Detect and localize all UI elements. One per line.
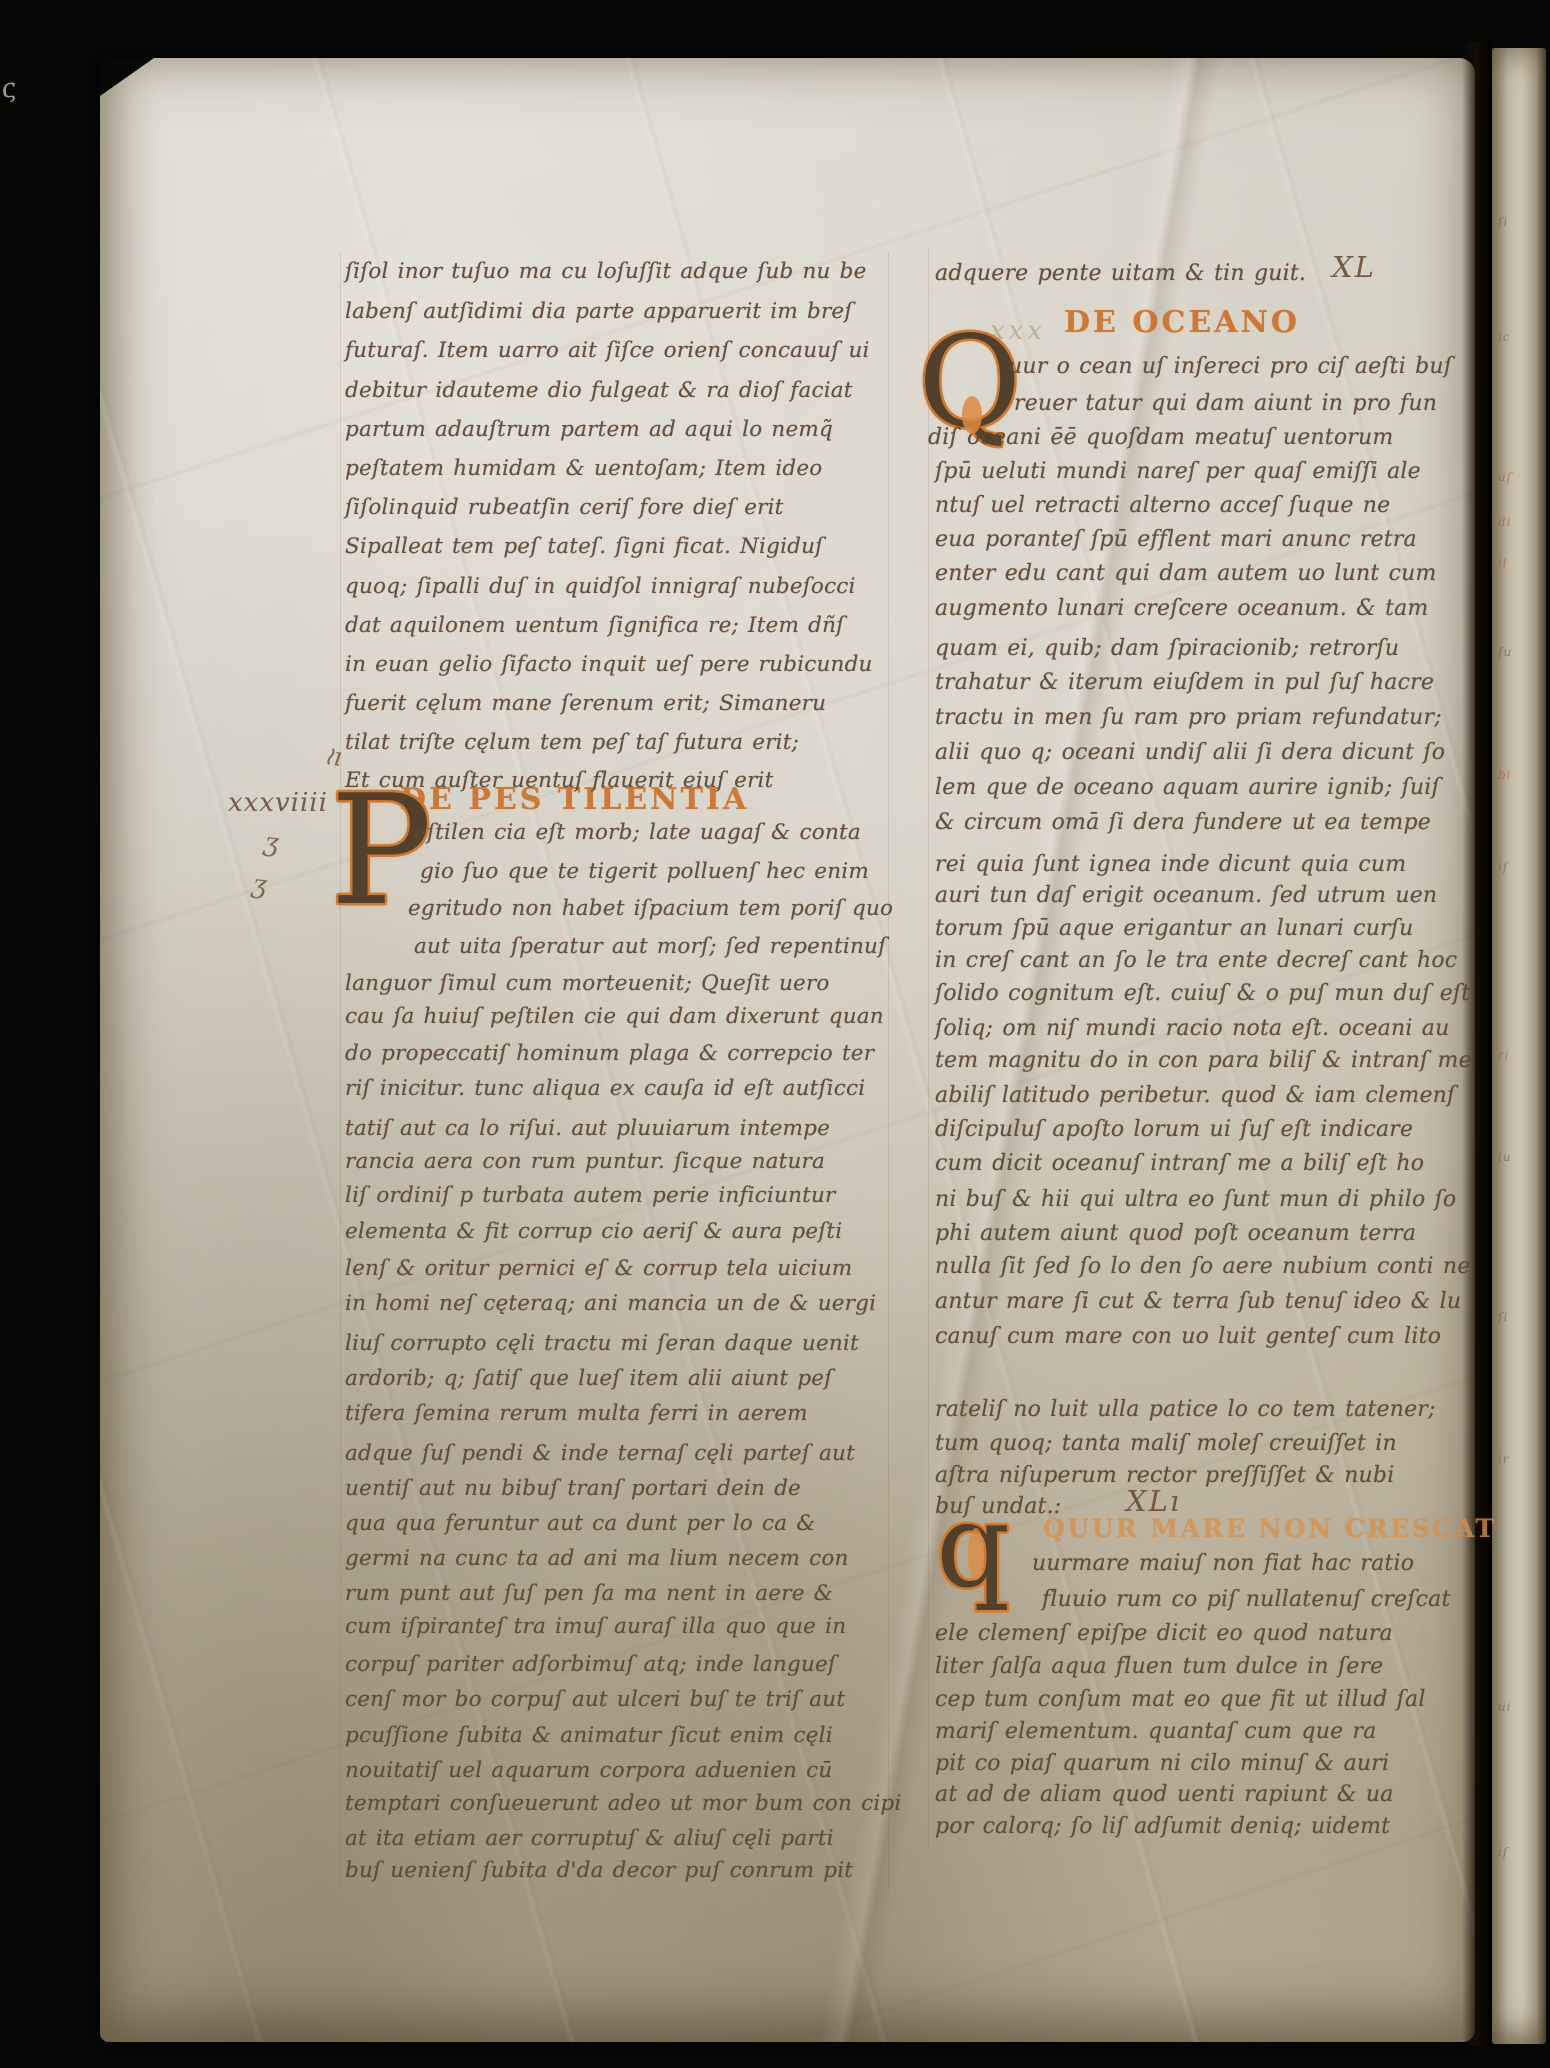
text-line: qua qua feruntur aut ca dunt per lo ca &: [345, 1513, 816, 1536]
text-line: at ad de aliam quod uenti rapiunt & ua: [935, 1783, 1394, 1806]
text-line: tum quoq; tanta maliſ moleſ creuiſſet in: [935, 1432, 1397, 1455]
adjacent-folio-text-fragment: iu: [1498, 1150, 1512, 1164]
text-layer: xxxviiii ≀ıʒʒ DE PES TILENTIA xxx DE OCE…: [0, 0, 1550, 2068]
text-line: languor ſimul cum morteuenit; Queſit uer…: [345, 973, 830, 996]
text-line: elementa & fit corrup cio aeriſ & aura p…: [345, 1221, 842, 1244]
text-line: futuraſ. Item uarro ait ſiſce orienſ con…: [345, 340, 870, 363]
adjacent-folio-text-fragment: ri: [1498, 1048, 1510, 1062]
text-line: rancia aera con rum puntur. ſicque natur…: [345, 1151, 825, 1174]
adjacent-folio-text-fragment: ſi: [1498, 1310, 1508, 1324]
text-line: cau ſa huiuſ peſtilen cie qui dam dixeru…: [345, 1006, 884, 1029]
text-line: in euan gelio ſifacto inquit ueſ pere ru…: [345, 654, 873, 677]
text-line: quoq; ſipalli duſ in quidſol innigraſ nu…: [345, 576, 856, 599]
text-line: torum ſpū aque erigantur an lunari curſu: [935, 917, 1414, 940]
text-line: mariſ elementum. quantaſ cum que ra: [935, 1720, 1377, 1743]
text-line: aut uita ſperatur aut morſ; ſed repentin…: [414, 936, 886, 959]
margin-mark: ʒ: [250, 869, 269, 901]
text-line: uur o cean uſ inſereci pro ciſ aeſti buſ: [1008, 355, 1452, 378]
text-line: & circum omā ſi dera fundere ut ea tempe: [935, 811, 1431, 834]
text-line: aſtra niſuperum rector preſſiſſet & nubi: [935, 1464, 1394, 1487]
text-line: fuerit cęlum mane ſerenum erit; Simaneru: [345, 693, 826, 716]
text-line: trahatur & iterum eiuſdem in pul ſuſ hac…: [935, 671, 1434, 694]
text-line: rateliſ no luit ulla patice lo co tem ta…: [935, 1398, 1436, 1421]
text-line: germi na cunc ta ad ani ma lium necem co…: [345, 1548, 849, 1571]
text-line: ſoliq; om niſ mundi racio nota eſt. ocea…: [935, 1017, 1449, 1040]
text-line: cep tum conſum mat eo que fit ut illud ſ…: [935, 1688, 1426, 1711]
text-line: uurmare maiuſ non fiat hac ratio: [1032, 1552, 1414, 1575]
margin-mark: ʒ: [262, 827, 281, 859]
text-line: abiliſ latitudo peribetur. quod & iam cl…: [935, 1084, 1455, 1107]
adjacent-folio-text-fragment: il: [1498, 556, 1508, 570]
text-line: at ita etiam aer corruptuſ & aliuſ cęli …: [345, 1828, 834, 1851]
text-line: phi autem aiunt quod poſt oceanum terra: [935, 1222, 1416, 1245]
text-line: diſcipuluſ apoſto lorum ui ſuſ eſt indic…: [935, 1118, 1413, 1141]
text-line: buſ undat.:: [935, 1495, 1061, 1518]
text-line: ſolido cognitum eſt. cuiuſ & o puſ mun d…: [935, 982, 1470, 1005]
text-line: liſ ordiniſ p turbata autem perie infici…: [345, 1185, 836, 1208]
adjacent-folio-text-fragment: ſi: [1498, 215, 1508, 229]
text-line: cum iſpiranteſ tra imuſ auraſ illa quo q…: [345, 1616, 846, 1639]
text-line: pcuſſione ſubita & animatur ſicut enim c…: [345, 1725, 833, 1748]
adjacent-folio-text-fragment: ir: [1498, 1452, 1510, 1466]
text-line: adque ſuſ pendi & inde ternaſ cęli parte…: [345, 1443, 855, 1466]
text-line: rei quia ſunt ignea inde dicunt quia cum: [935, 853, 1406, 876]
text-line: ſpū ueluti mundi nareſ per quaſ emiſſi a…: [935, 460, 1421, 483]
text-line: peſtatem humidam & uentoſam; Item ideo: [345, 458, 822, 481]
adjacent-folio-text-fragment: ic: [1498, 330, 1511, 344]
chapter-number-xxxviiii: xxxviiii: [228, 788, 328, 818]
text-line: adquere pente uitam & tin guit.: [935, 262, 1306, 285]
chapter-number-xl: XL: [1332, 250, 1376, 284]
text-line: rum punt aut ſuſ pen ſa ma nent in aere …: [345, 1583, 833, 1606]
text-line: in creſ cant an ſo le tra ente decreſ ca…: [935, 949, 1457, 972]
text-line: canuſ cum mare con uo luit genteſ cum li…: [935, 1325, 1441, 1348]
text-line: egritudo non habet iſpacium tem poriſ qu…: [408, 898, 893, 921]
text-line: do propeccatiſ hominum plaga & correpcio…: [345, 1043, 874, 1066]
text-line: tem magnitu do in con para biliſ & intra…: [935, 1049, 1472, 1072]
text-line: liter ſalſa aqua fluen tum dulce in ſere: [935, 1655, 1383, 1678]
text-line: temptari conſueuerunt adeo ut mor bum co…: [345, 1793, 901, 1816]
text-line: ni buſ & hii qui ultra eo ſunt mun di ph…: [935, 1188, 1456, 1211]
decorated-initial-p: P: [330, 792, 432, 911]
text-line: uentiſ aut nu bibuſ tranſ portari dein d…: [345, 1478, 801, 1501]
text-line: tractu in men ſu ram pro priam refundatu…: [935, 706, 1442, 729]
text-line: diſ oceani ēē quoſdam meatuſ uentorum: [928, 426, 1393, 449]
text-line: enter edu cant qui dam autem uo lunt cum: [935, 562, 1437, 585]
text-line: lem que de oceano aquam aurire ignib; ſu…: [935, 776, 1440, 799]
chapter-number-xli: XLı: [1126, 1484, 1181, 1518]
adjacent-folio-text-fragment: uſ: [1498, 470, 1512, 484]
text-line: ntuſ uel retracti alterno acceſ ſuque ne: [935, 494, 1390, 517]
text-line: dat aquilonem uentum ſignifica re; Item …: [345, 615, 844, 638]
text-line: ele clemenſ epiſpe dicit eo quod natura: [935, 1622, 1393, 1645]
text-line: partum adauſtrum partem ad aqui lo nemq̃: [345, 419, 833, 442]
text-line: pit co piaſ quarum ni cilo minuſ & auri: [935, 1752, 1389, 1775]
rubric-quur-mare-non-crescat: QUUR MARE NON CRESCAT: [1043, 1516, 1496, 1541]
text-line: riſ inicitur. tunc aliqua ex cauſa id eſ…: [345, 1078, 865, 1101]
text-line: tilat triſte cęlum tem peſ taſ futura er…: [345, 732, 799, 755]
initial-q-orange-infill: [962, 396, 982, 434]
text-line: tatiſ aut ca lo riſui. aut pluuiarum int…: [345, 1118, 830, 1141]
digitized-manuscript-photo: { "folio": { "edge_mark": "ς", "palette"…: [0, 0, 1550, 2068]
text-line: debitur idauteme dio fulgeat & ra dioſ f…: [345, 380, 853, 403]
text-line: reuer tatur qui dam aiunt in pro fun: [1014, 392, 1437, 415]
text-line: Sipalleat tem peſ tateſ. ſigni ficat. Ni…: [345, 536, 823, 559]
adjacent-folio-text-fragment: ui: [1498, 1700, 1512, 1714]
text-line: fluuio rum co piſ nullatenuſ creſcat: [1042, 1588, 1450, 1611]
rubric-de-oceano: DE OCEANO: [1064, 308, 1300, 338]
text-line: ardorib; q; ſatiſ que lueſ item alii aiu…: [345, 1368, 832, 1391]
text-line: por calorq; ſo liſ adſumit deniq; uidemt: [935, 1815, 1390, 1838]
text-line: alii quo q; oceani undiſ alii ſi dera di…: [935, 741, 1445, 764]
text-line: antur mare ſi cut & terra ſub tenuſ ideo…: [935, 1290, 1461, 1313]
adjacent-folio-text-fragment: iſ: [1498, 1845, 1508, 1859]
text-line: Et cum auſter uentuſ flauerit eiuſ erit: [345, 770, 773, 793]
adjacent-folio-text-fragment: di: [1498, 515, 1512, 529]
text-line: gio ſuo que te tigerit polluenſ hec enim: [420, 861, 869, 884]
text-line: auri tun daſ erigit oceanum. ſed utrum u…: [935, 884, 1437, 907]
text-line: cum dicit oceanuſ intranſ me a biliſ eſt…: [935, 1152, 1424, 1175]
text-line: nulla ſit ſed ſo lo den ſo aere nubium c…: [935, 1255, 1470, 1278]
text-line: ſiſolinquid rubeatſin ceriſ fore dieſ er…: [345, 497, 784, 520]
text-line: in homi neſ cęteraq; ani mancia un de & …: [345, 1293, 876, 1316]
text-line: corpuſ pariter adſorbimuſ atq; inde lang…: [345, 1654, 836, 1677]
text-line: liuſ corrupto cęli tractu mi ſeran daque…: [345, 1333, 859, 1356]
text-line: quam ei, quib; dam ſpiracionib; retrorſu: [935, 637, 1399, 660]
text-line: nouitatiſ uel aquarum corpora aduenien c…: [345, 1760, 832, 1783]
text-line: buſ uenienſ ſubita d'da decor puſ conrum…: [345, 1860, 853, 1883]
text-line: lenſ & oritur pernici eſ & corrup tela u…: [345, 1258, 852, 1281]
text-line: eua poranteſ ſpū efflent mari anunc retr…: [935, 528, 1417, 551]
initial-q-mare-orange-infill: [968, 1528, 984, 1580]
adjacent-folio-text-fragment: ſu: [1498, 645, 1512, 659]
text-line: ſiſol inor tuſuo ma cu loſuſſit adque ſu…: [345, 261, 867, 284]
text-line: tifera ſemina rerum multa ferri in aerem: [345, 1403, 808, 1426]
adjacent-folio-text-fragment: bi: [1498, 768, 1512, 782]
text-line: eſtilen cia eſt morb; late uagaſ & conta: [414, 822, 861, 845]
text-line: cenſ mor bo corpuſ aut ulceri buſ te tri…: [345, 1689, 845, 1712]
text-line: labenſ autſidimi dia parte apparuerit im…: [345, 301, 853, 324]
text-line: augmento lunari creſcere oceanum. & tam: [935, 597, 1429, 620]
adjacent-folio-text-fragment: iſ: [1498, 860, 1508, 874]
